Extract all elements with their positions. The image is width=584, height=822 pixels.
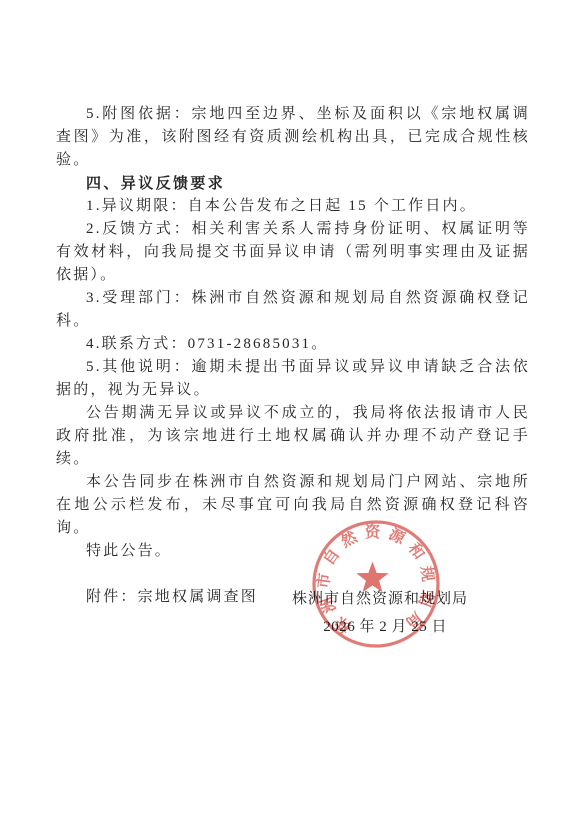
paragraph-attachment-basis: 5.附图依据：宗地四至边界、坐标及面积以《宗地权属调查图》为准，该附图经有资质测… — [56, 103, 530, 172]
section-heading-objection-feedback: 四、异议反馈要求 — [56, 172, 530, 195]
document-page: 5.附图依据：宗地四至边界、坐标及面积以《宗地权属调查图》为准，该附图经有资质测… — [0, 0, 584, 822]
paragraph-feedback-method: 2.反馈方式：相关利害关系人需持身份证明、权属证明等有效材料，向我局提交书面异议… — [56, 218, 530, 287]
seal-star-icon — [356, 562, 388, 593]
paragraph-objection-period: 1.异议期限：自本公告发布之日起 15 个工作日内。 — [56, 195, 530, 218]
paragraph-publication-channels: 本公告同步在株洲市自然资源和规划局门户网站、宗地所在地公示栏发布，未尽事宜可向我… — [56, 471, 530, 540]
paragraph-accepting-department: 3.受理部门：株洲市自然资源和规划局自然资源确权登记科。 — [56, 287, 530, 333]
paragraph-expiry-handling: 公告期满无异议或异议不成立的，我局将依法报请市人民政府批准，为该宗地进行土地权属… — [56, 402, 530, 471]
paragraph-other-notes: 5.其他说明：逾期未提出书面异议或异议申请缺乏合法依据的，视为无异议。 — [56, 356, 530, 402]
notice-body: 5.附图依据：宗地四至边界、坐标及面积以《宗地权属调查图》为准，该附图经有资质测… — [56, 103, 530, 609]
official-seal: 株洲市自然资源和规划局 — [301, 509, 451, 659]
paragraph-closing: 特此公告。 — [56, 540, 530, 563]
paragraph-contact-info: 4.联系方式：0731-28685031。 — [56, 333, 530, 356]
